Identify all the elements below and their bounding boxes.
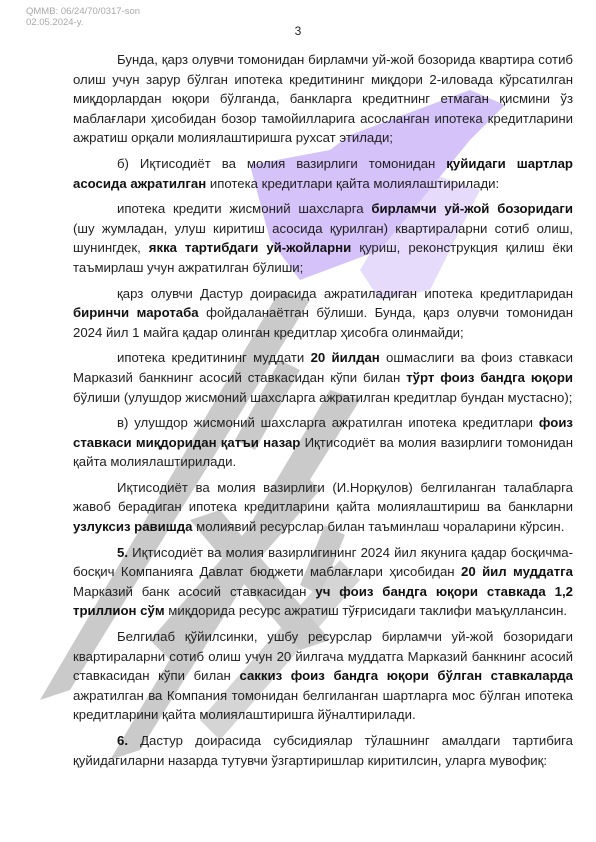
bold-text: бирламчи уй-жой бозоридаги [371,201,573,216]
document-page: QMMB: 06/24/70/0317-son 02.05.2024-y. 3 … [0,0,596,842]
page-number: 3 [0,24,596,38]
bold-text: тўрт фоиз бандга юқори [406,370,573,385]
paragraph: б) Иқтисодиёт ва молия вазирлиги томонид… [73,154,573,193]
text-run: ипотека кредити жисмоний шахсларга [117,201,371,216]
bold-text: 20 йил муддатга [461,564,573,579]
text-run: ажратилган ва Компания томонидан белгила… [73,688,573,723]
paragraph: в) улушдор жисмоний шахсларга ажратилган… [73,413,573,472]
text-run: қарз олувчи Дастур доирасида ажратиладиг… [117,286,573,301]
text-run: Дастур доирасида субсидиялар тўлашнинг а… [73,733,573,768]
text-run: ипотека кредитининг муддати [117,350,311,365]
paragraph: Бунда, қарз олувчи томонидан бирламчи уй… [73,50,573,148]
paragraph: 6. Дастур доирасида субсидиялар тўлашнин… [73,731,573,770]
paragraph: Белгилаб қўйилсинки, ушбу ресурслар бирл… [73,627,573,725]
paragraph: ипотека кредити жисмоний шахсларга бирла… [73,199,573,277]
paragraph: 5. Иқтисодиёт ва молия вазирлигининг 202… [73,543,573,621]
bold-text: якка тартибдаги уй-жойларни [149,240,351,255]
bold-text: 20 йилдан [311,350,380,365]
text-run: миқдорида ресурс ажратиш тўғрисидаги так… [165,603,567,618]
text-run: молиявий ресурслар билан таъминлаш чорал… [192,519,564,534]
text-run: Иқтисодиёт ва молия вазирлиги (И.Норқуло… [73,480,573,515]
text-run: ипотека кредитлари қайта молиялаштирилад… [206,176,499,191]
bold-text: биринчи маротаба [73,305,199,320]
text-run: Марказий банк асосий ставкасидан [73,584,315,599]
text-run: в) улушдор жисмоний шахсларга ажратилган… [117,415,539,430]
stamp-reg-number: QMMB: 06/24/70/0317-son [26,6,140,17]
text-run: бўлиши (улушдор жисмоний шахсларга ажрат… [73,390,572,405]
paragraph: қарз олувчи Дастур доирасида ажратиладиг… [73,284,573,343]
bold-text: узлуксиз равишда [73,519,192,534]
paragraph: Иқтисодиёт ва молия вазирлиги (И.Норқуло… [73,478,573,537]
paragraph: ипотека кредитининг муддати 20 йилдан ош… [73,348,573,407]
bold-text: 6. [117,733,128,748]
text-run: Бунда, қарз олувчи томонидан бирламчи уй… [73,52,573,145]
text-run: б) Иқтисодиёт ва молия вазирлиги томонид… [117,156,446,171]
document-body: Бунда, қарз олувчи томонидан бирламчи уй… [73,50,573,776]
bold-text: 5. [117,545,128,560]
bold-text: саккиз фоиз бандга юқори бўлган ставкала… [239,668,573,683]
